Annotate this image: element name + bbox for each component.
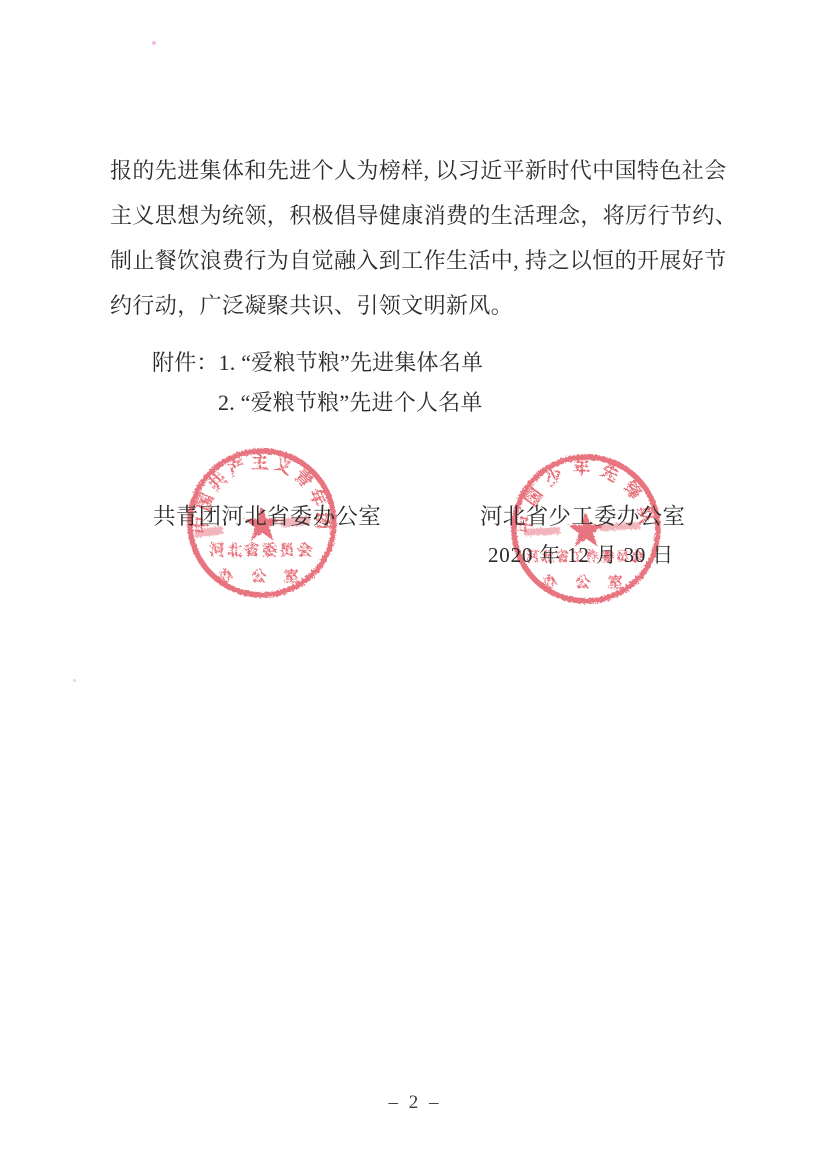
body-line: 约行动，广泛凝聚共识、引领文明新风。 xyxy=(110,283,737,328)
attachment-list: 附件：1. “爱粮节粮”先进集体名单 2. “爱粮节粮”先进个人名单 xyxy=(152,343,483,423)
seal-inner-text: 办 公 室 xyxy=(542,573,630,591)
org-name-left: 共青团河北省委办公室 xyxy=(153,499,381,531)
date-line: 2020 年 12 月 30 日 xyxy=(488,539,674,569)
scan-speck xyxy=(152,41,156,45)
attachment-label: 附件： xyxy=(152,350,219,375)
attachment-item-1: 1. “爱粮节粮”先进集体名单 xyxy=(219,350,484,375)
page-number: – 2 – xyxy=(0,1092,830,1114)
body-line: 制止餐饮浪费行为自觉融入到工作生活中, 持之以恒的开展好节 xyxy=(110,238,737,283)
body-line: 主义思想为统领，积极倡导健康消费的生活理念，将厉行节约、 xyxy=(110,193,737,238)
body-paragraph: 报的先进集体和先进个人为榜样, 以习近平新时代中国特色社会 主义思想为统领，积极… xyxy=(110,148,737,328)
org-name-right: 河北省少工委办公室 xyxy=(480,499,685,531)
document-page: 报的先进集体和先进个人为榜样, 以习近平新时代中国特色社会 主义思想为统领，积极… xyxy=(0,0,830,1173)
attachment-item-2: 2. “爱粮节粮”先进个人名单 xyxy=(218,383,483,423)
seal-inner-text: 办 公 室 xyxy=(218,567,306,585)
seal-inner-text: 河北省委员会 xyxy=(209,541,314,559)
body-line: 报的先进集体和先进个人为榜样, 以习近平新时代中国特色社会 xyxy=(110,148,737,193)
scan-speck xyxy=(73,679,76,682)
attachment-line: 附件：1. “爱粮节粮”先进集体名单 xyxy=(152,343,483,383)
